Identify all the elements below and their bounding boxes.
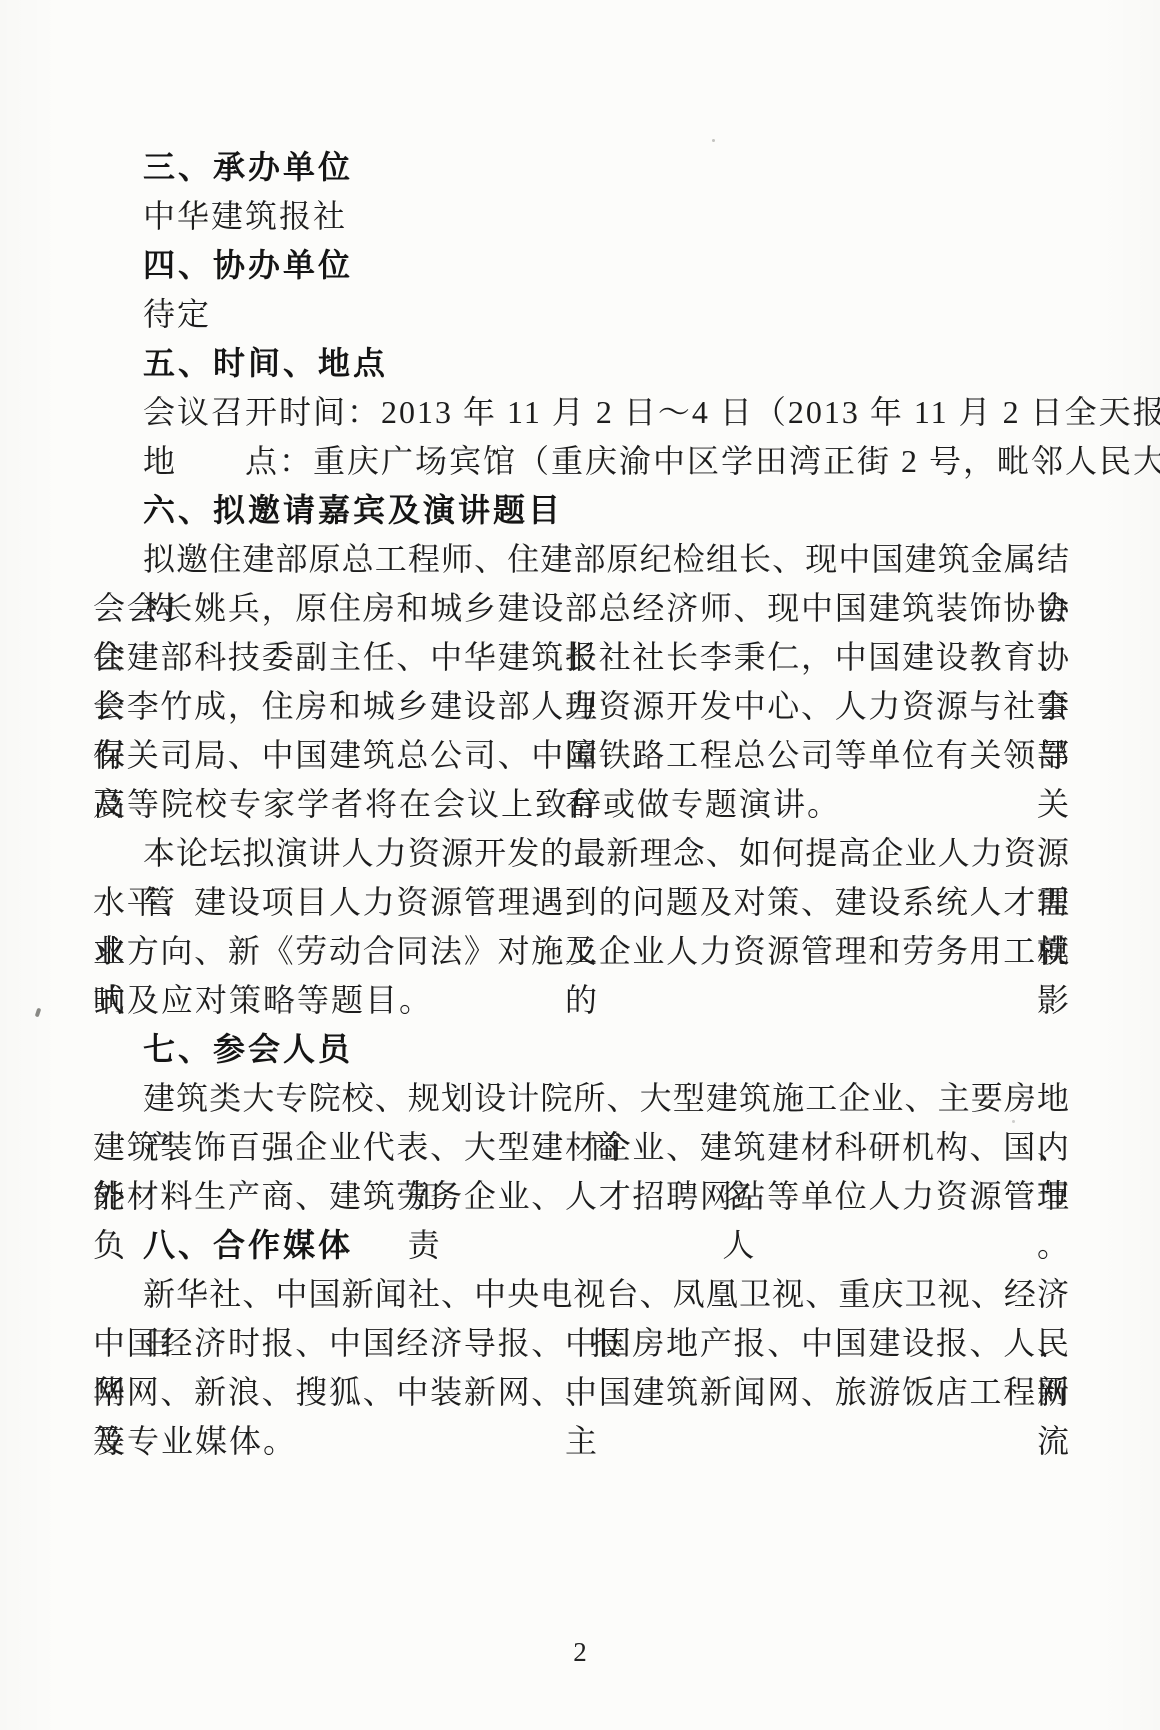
scan-speck: [712, 139, 715, 142]
section-heading-7-participants: 七、参会人员: [93, 1025, 1070, 1074]
section-heading-5-time-place: 五、时间、地点: [93, 339, 1070, 388]
section-heading-6-guests-topics: 六、拟邀请嘉宾及演讲题目: [93, 486, 1070, 535]
media-paragraph-line: 华网、新浪、搜狐、中装新网、中国建筑新闻网、旅游饭店工程网等主流: [93, 1368, 1070, 1417]
topics-paragraph-line: 业方向、新《劳动合同法》对施工企业人力资源管理和劳务用工模式的影: [93, 927, 1070, 976]
page-number: 2: [0, 1632, 1160, 1672]
guests-paragraph-line: 有关司局、中国建筑总公司、中国铁路工程总公司等单位有关领导及有关: [93, 731, 1070, 780]
meeting-place-line: 地 点：重庆广场宾馆（重庆渝中区学田湾正街 2 号，毗邻人民大会堂）: [93, 437, 1070, 486]
topics-paragraph-line: 本论坛拟演讲人力资源开发的最新理念、如何提高企业人力资源管理: [93, 829, 1070, 878]
document-page: 三、承办单位 中华建筑报社 四、协办单位 待定 五、时间、地点 会议召开时间：2…: [0, 0, 1160, 1730]
topics-paragraph-line: 水平、建设项目人力资源管理遇到的问题及对策、建设系统人才需求及就: [93, 878, 1070, 927]
guests-paragraph-line: 会会长姚兵，原住房和城乡建设部总经济师、现中国建筑装饰协会会长、: [93, 584, 1070, 633]
media-paragraph-line: 新华社、中国新闻社、中央电视台、凤凰卫视、重庆卫视、经济日报、: [93, 1270, 1070, 1319]
meeting-time-line: 会议召开时间：2013 年 11 月 2 日～4 日（2013 年 11 月 2…: [93, 388, 1070, 437]
guests-paragraph-line: 住建部科技委副主任、中华建筑报社社长李秉仁，中国建设教育协会理事: [93, 633, 1070, 682]
scan-speck: [1012, 1120, 1015, 1123]
guests-paragraph-line: 拟邀住建部原总工程师、住建部原纪检组长、现中国建筑金属结构协: [93, 535, 1070, 584]
participants-paragraph-line: 建筑类大专院校、规划设计院所、大型建筑施工企业、主要房地产商、: [93, 1074, 1070, 1123]
scan-speck: [35, 1008, 42, 1018]
section-heading-4-co-organizer: 四、协办单位: [93, 241, 1070, 290]
participants-paragraph-line: 建筑装饰百强企业代表、大型建材企业、建筑建材科研机构、国内外知名节: [93, 1123, 1070, 1172]
guests-paragraph-line: 长李竹成，住房和城乡建设部人力资源开发中心、人力资源与社会保障部: [93, 682, 1070, 731]
document-body: 三、承办单位 中华建筑报社 四、协办单位 待定 五、时间、地点 会议召开时间：2…: [93, 143, 1070, 1466]
organizer-value: 中华建筑报社: [93, 192, 1070, 241]
media-paragraph-line: 中国经济时报、中国经济导报、中国房地产报、中国建设报、人民网、新: [93, 1319, 1070, 1368]
participants-paragraph-line: 能材料生产商、建筑劳务企业、人才招聘网站等单位人力资源管理负责人。: [93, 1172, 1070, 1221]
section-heading-3-organizer: 三、承办单位: [93, 143, 1070, 192]
co-organizer-value: 待定: [93, 290, 1070, 339]
